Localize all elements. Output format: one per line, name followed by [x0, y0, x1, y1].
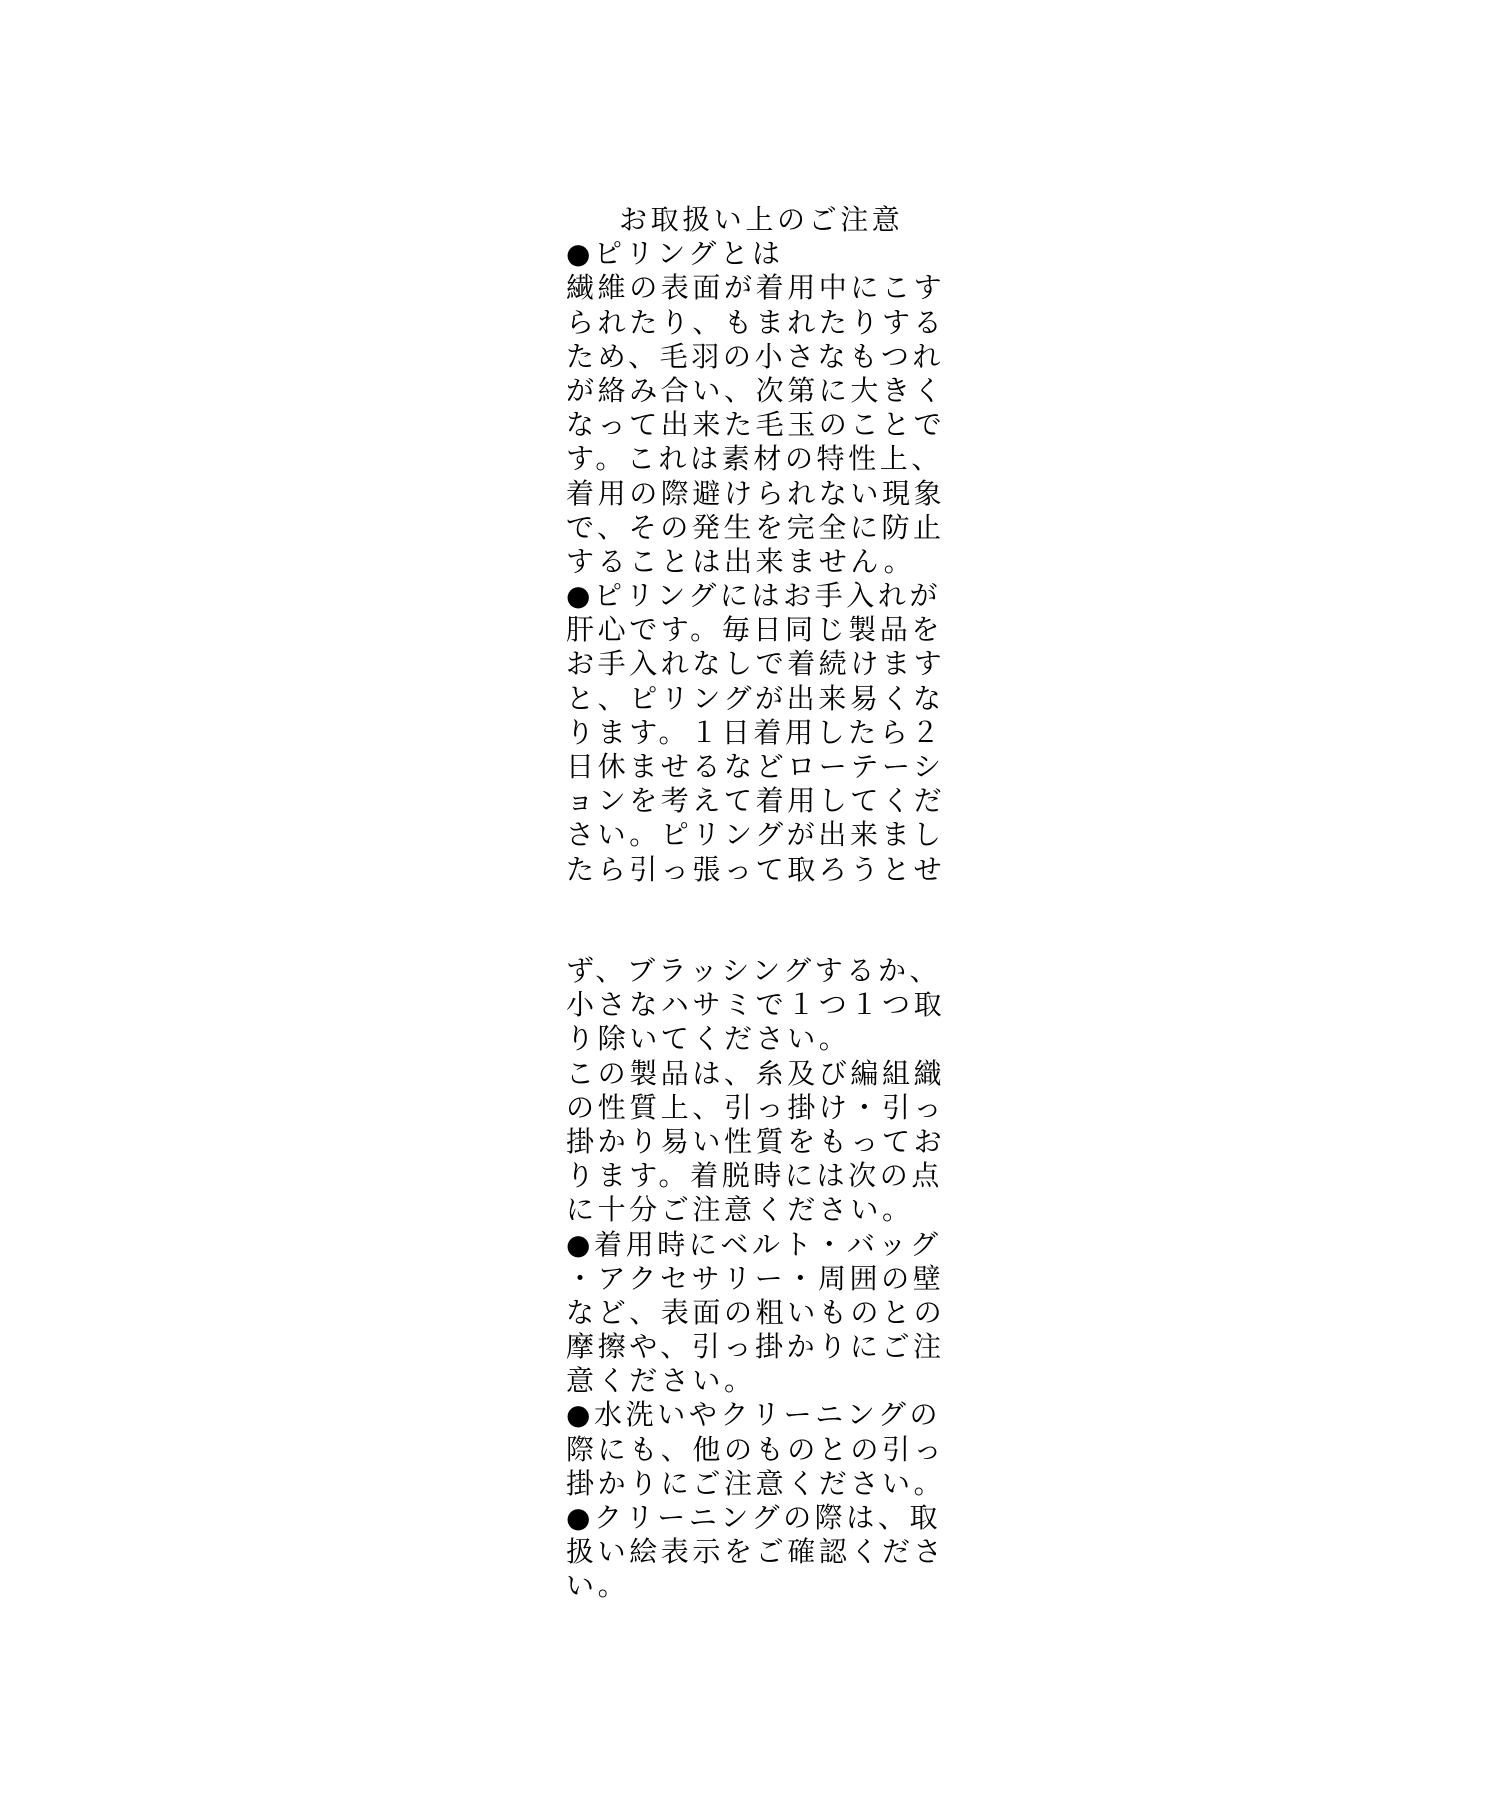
text-line: ●ピリングにはお手入れが — [566, 579, 946, 613]
text-line: られたり、もまれたりする — [566, 306, 946, 340]
text-line: さい。ピリングが出来まし — [566, 818, 946, 852]
care-instructions-block-top: お取扱い上のご注意 ●ピリングとは 繊維の表面が着用中にこす られたり、もまれた… — [566, 203, 946, 887]
text-line: と、ピリングが出来易くな — [566, 682, 946, 716]
text-line: ・アクセサリー・周囲の壁 — [566, 1262, 946, 1296]
text-line: なって出来た毛玉のことで — [566, 408, 946, 442]
text-line: ョンを考えて着用してくだ — [566, 784, 946, 818]
text-line: ため、毛羽の小さなもつれ — [566, 340, 946, 374]
text-line: ●ピリングとは — [566, 237, 946, 271]
text-line: い。 — [566, 1569, 946, 1603]
text-line: ず、ブラッシングするか、 — [566, 954, 946, 988]
text-line: ●クリーニングの際は、取 — [566, 1501, 946, 1535]
text-line: 扱い絵表示をご確認くださ — [566, 1535, 946, 1569]
text-line: ●着用時にベルト・バッグ — [566, 1228, 946, 1262]
text-line: が絡み合い、次第に大きく — [566, 374, 946, 408]
text-line: など、表面の粗いものとの — [566, 1296, 946, 1330]
text-line: の性質上、引っ掛け・引っ — [566, 1091, 946, 1125]
text-line: たら引っ張って取ろうとせ — [566, 853, 946, 887]
text-line: 摩擦や、引っ掛かりにご注 — [566, 1330, 946, 1364]
text-line: 着用の際避けられない現象 — [566, 477, 946, 511]
document-title: お取扱い上のご注意 — [566, 203, 946, 237]
text-line: 掛かり易い性質をもってお — [566, 1125, 946, 1159]
text-line: 繊維の表面が着用中にこす — [566, 271, 946, 305]
text-line: ります。着脱時には次の点 — [566, 1159, 946, 1193]
text-line: この製品は、糸及び編組織 — [566, 1057, 946, 1091]
text-line: に十分ご注意ください。 — [566, 1193, 946, 1227]
care-instructions-block-bottom: ず、ブラッシングするか、 小さなハサミで１つ１つ取 り除いてください。 この製品… — [566, 954, 946, 1604]
text-line: ります。１日着用したら２ — [566, 716, 946, 750]
text-line: 日休ませるなどローテーシ — [566, 750, 946, 784]
text-line: 肝心です。毎日同じ製品を — [566, 613, 946, 647]
text-line: 小さなハサミで１つ１つ取 — [566, 988, 946, 1022]
text-line: す。これは素材の特性上、 — [566, 442, 946, 476]
text-line: り除いてください。 — [566, 1022, 946, 1056]
text-line: 意ください。 — [566, 1364, 946, 1398]
text-line: ●水洗いやクリーニングの — [566, 1398, 946, 1432]
text-line: することは出来ません。 — [566, 545, 946, 579]
text-line: で、その発生を完全に防止 — [566, 511, 946, 545]
text-line: お手入れなしで着続けます — [566, 647, 946, 681]
text-line: 際にも、他のものとの引っ — [566, 1433, 946, 1467]
text-line: 掛かりにご注意ください。 — [566, 1467, 946, 1501]
